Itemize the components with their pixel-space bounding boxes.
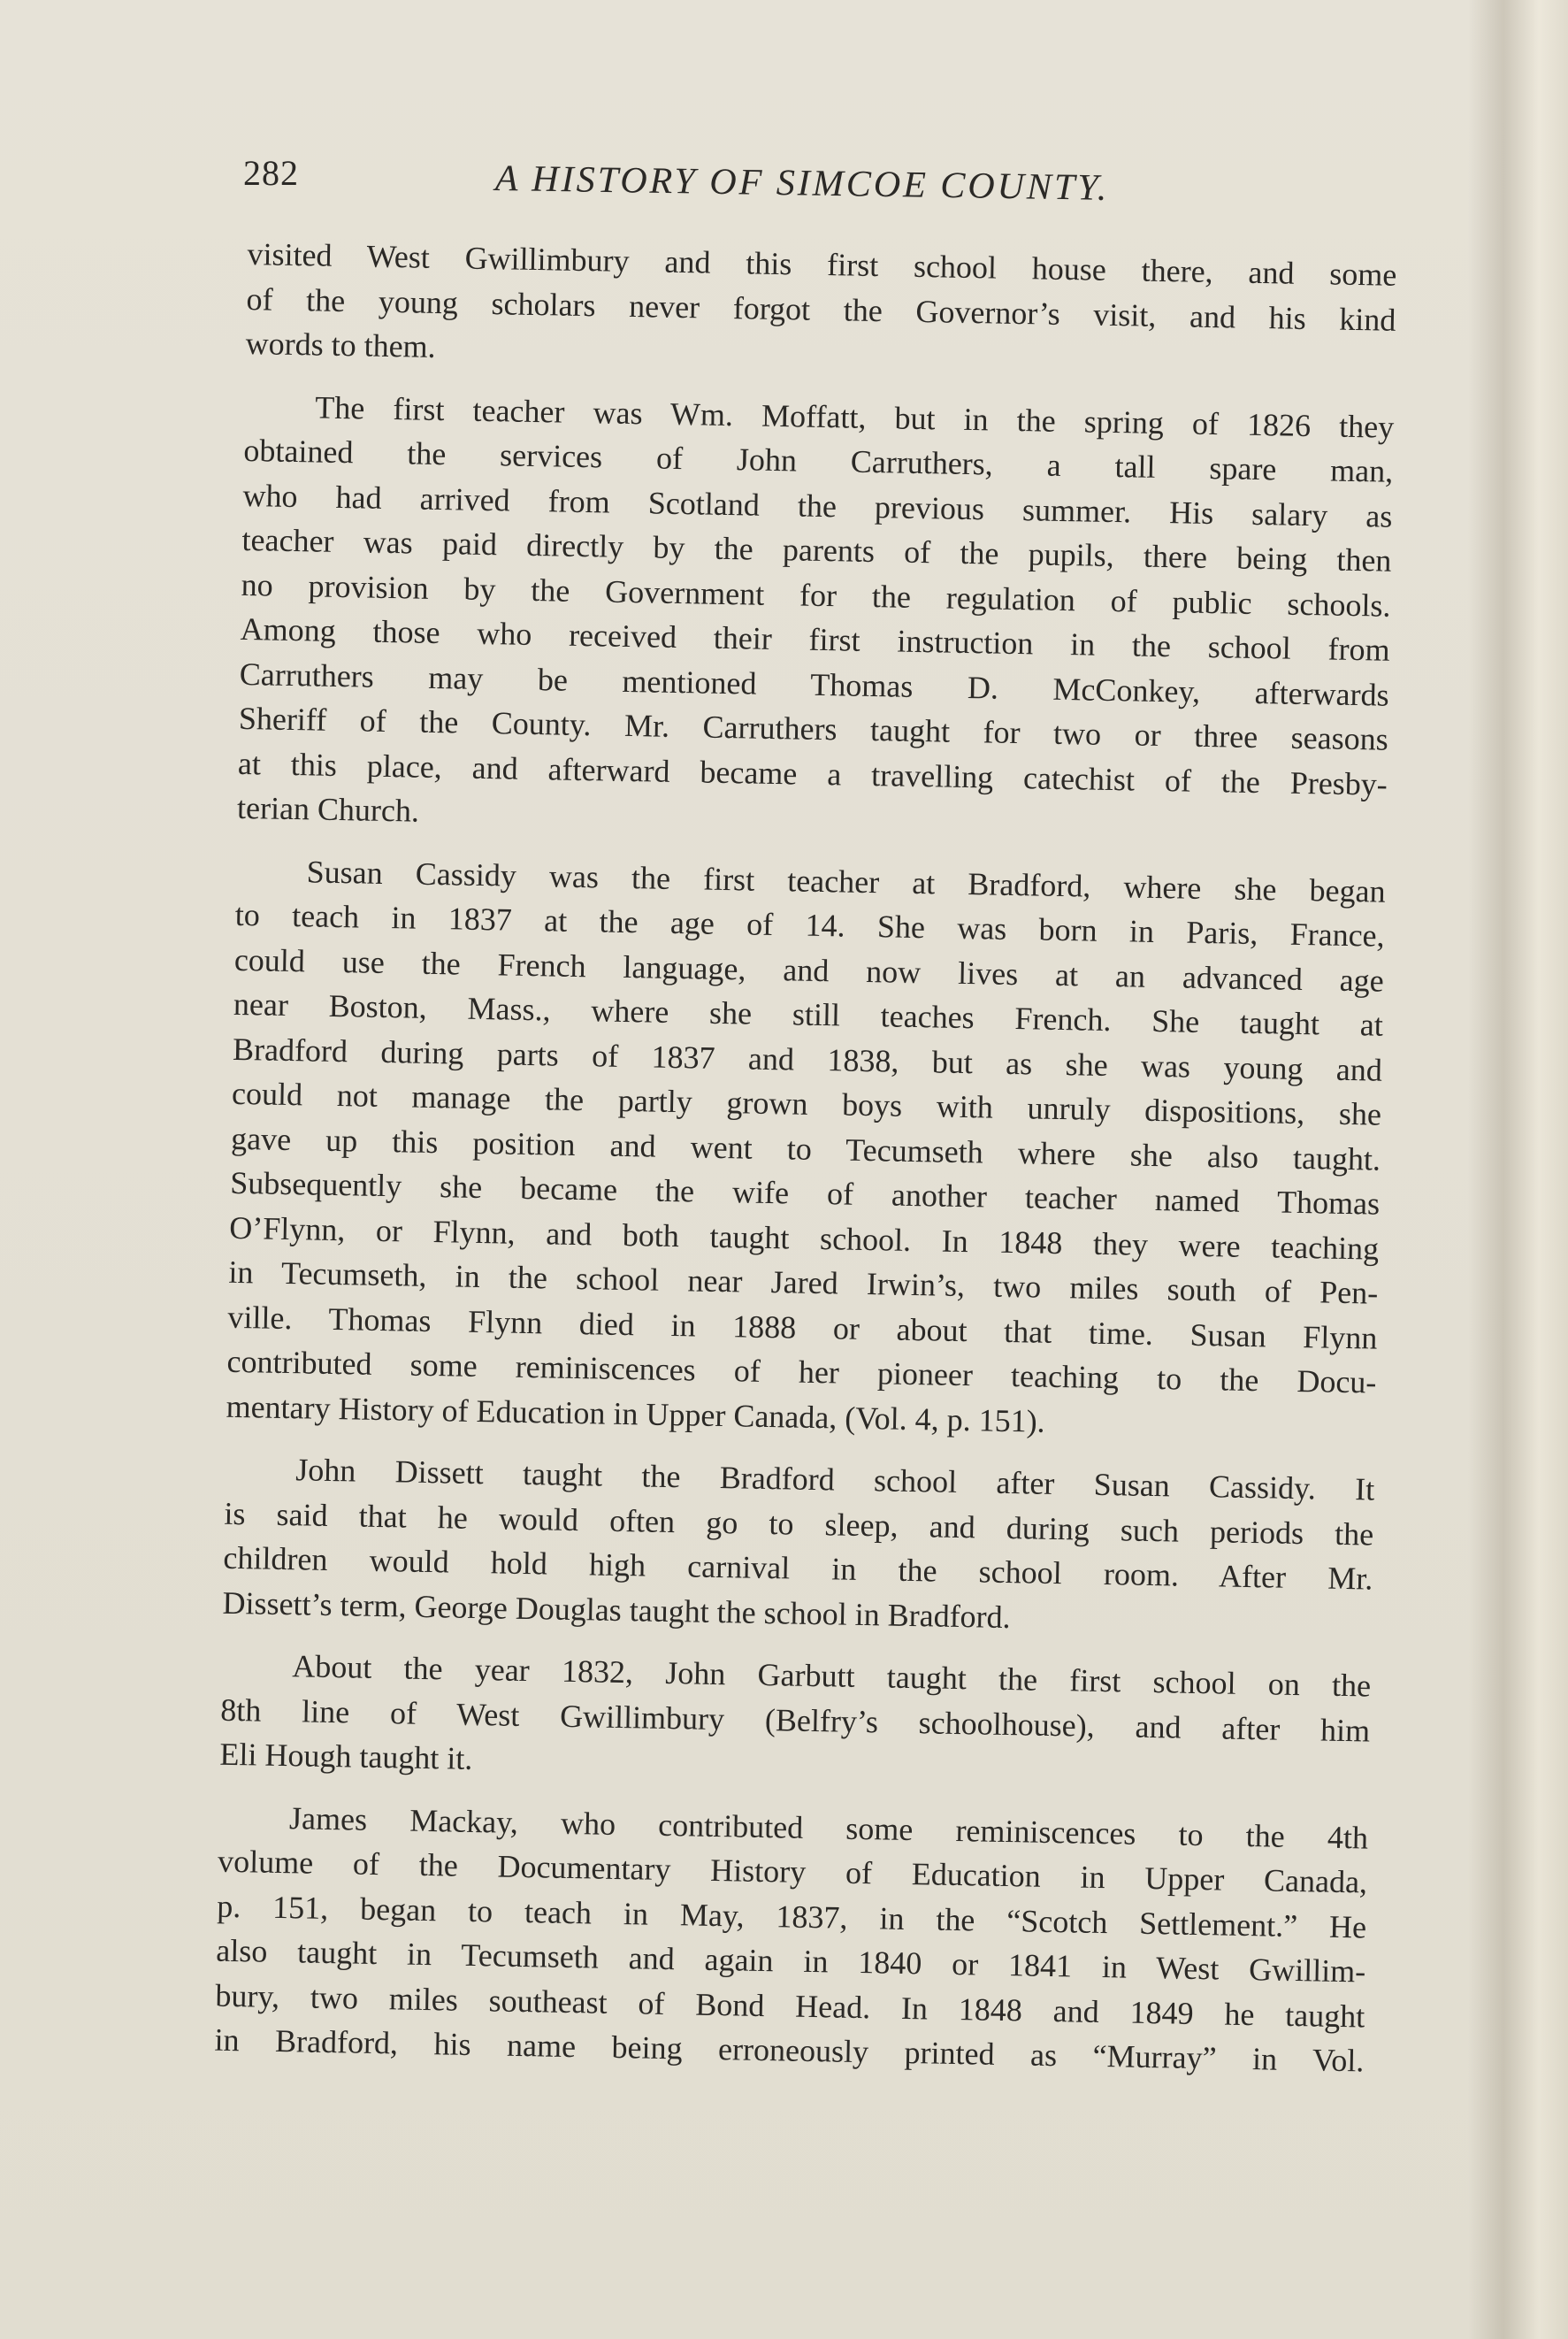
book-page: 282 A HISTORY OF SIMCOE COUNTY. visited …: [0, 0, 1568, 2339]
running-title: A HISTORY OF SIMCOE COUNTY.: [495, 157, 1110, 210]
paragraph: visited West Gwillimbury and this first …: [245, 232, 1397, 387]
running-head: 282 A HISTORY OF SIMCOE COUNTY.: [243, 152, 1428, 205]
paragraph: The first teacher was Wm. Moffatt, but i…: [237, 383, 1395, 851]
paragraph: John Dissett taught the Bradford school …: [222, 1446, 1374, 1646]
page-number: 282: [243, 152, 299, 194]
body-text: visited West Gwillimbury and this first …: [214, 232, 1397, 2101]
paragraph: James Mackay, who contributed some remin…: [214, 1794, 1368, 2083]
paragraph: About the year 1832, John Garbutt taught…: [219, 1643, 1372, 1798]
paragraph: Susan Cassidy was the first teacher at B…: [226, 847, 1386, 1449]
